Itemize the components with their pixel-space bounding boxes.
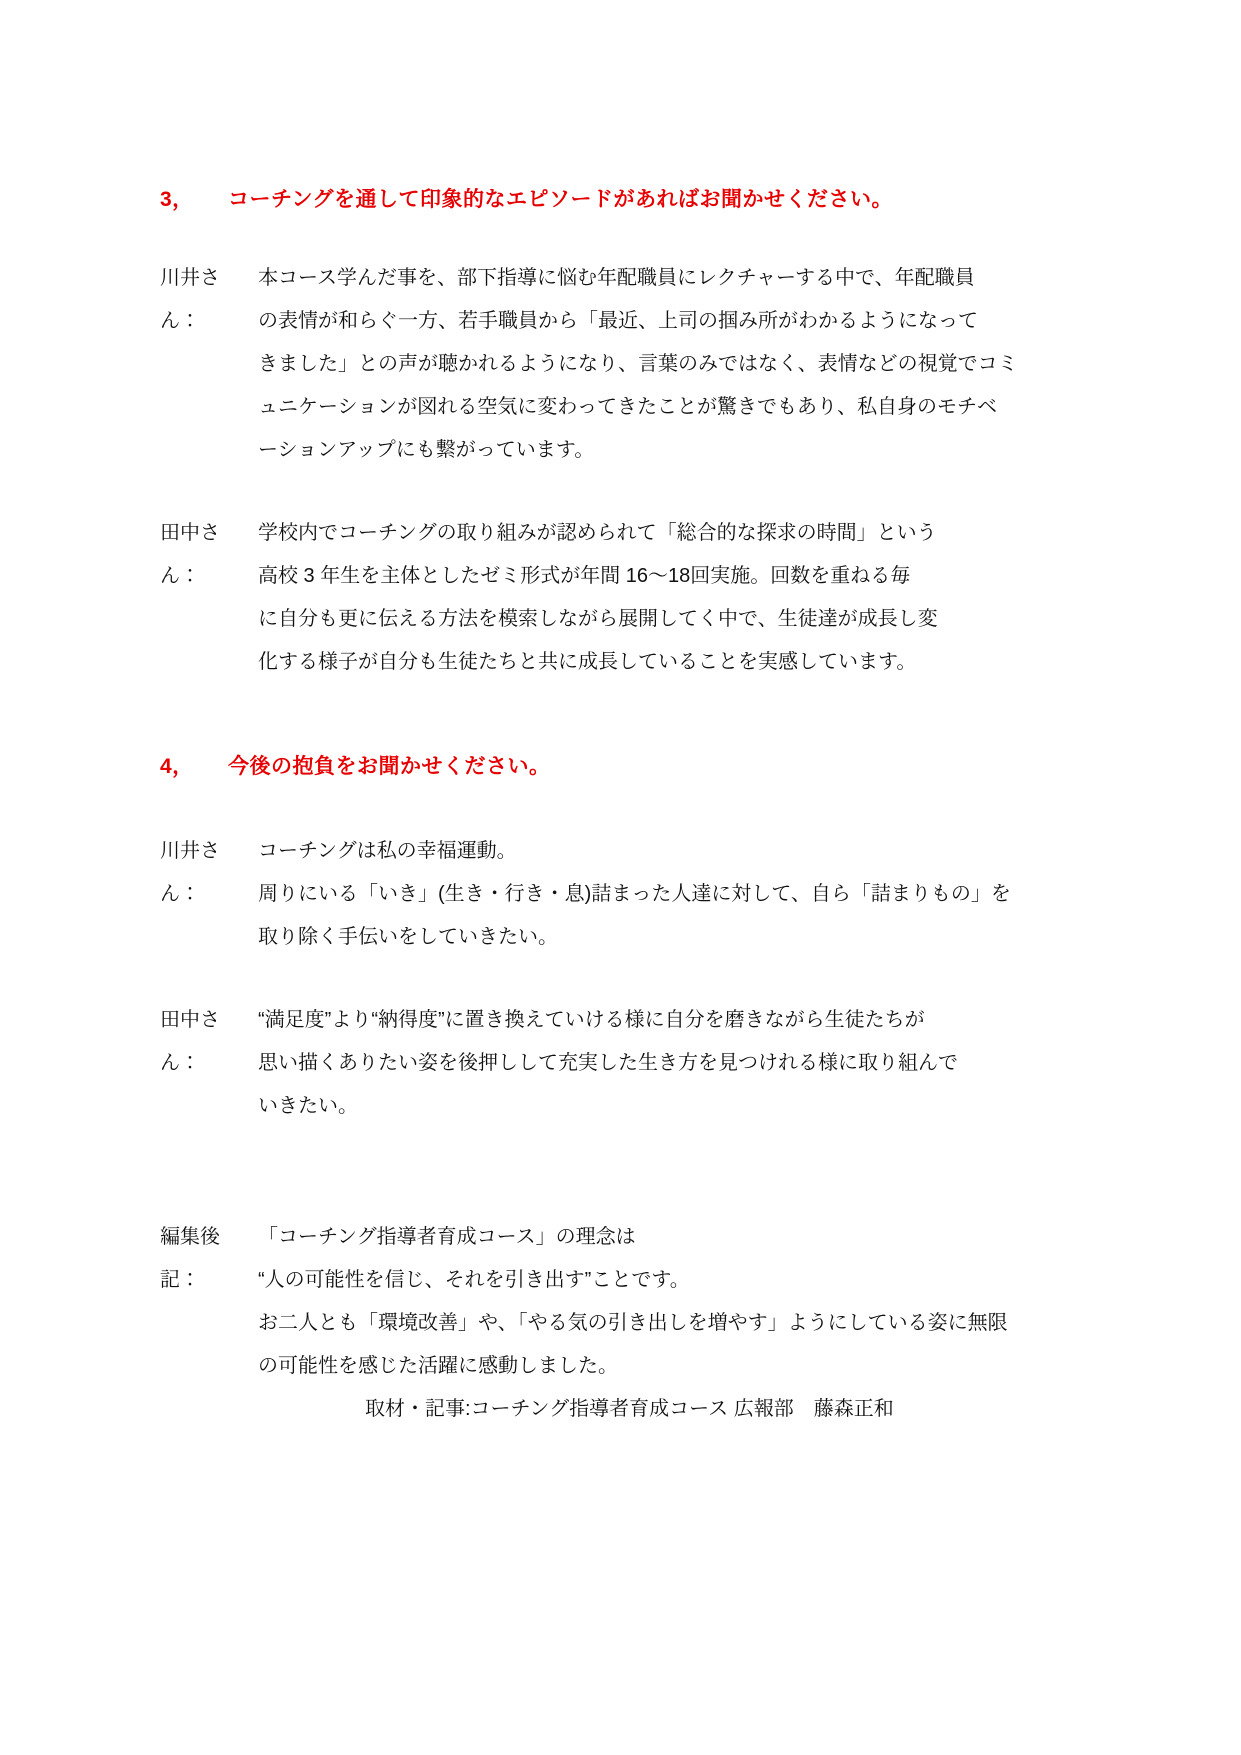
text-line: 化する様子が自分も生徒たちと共に成長していることを実感しています。 (258, 641, 1161, 684)
speaker-label: 田中さん： (160, 512, 258, 684)
text-line: 「コーチング指導者育成コース」の理念は (258, 1216, 1161, 1259)
interview-entry-tanaka-q4: 田中さん： “満足度”より“納得度”に置き換えていける様に自分を磨きながら生徒た… (160, 999, 1161, 1128)
text-line: の表情が和らぐ一方、若手職員から「最近、上司の掴み所がわかるようになって (258, 300, 1161, 343)
section-3-heading: 3， コーチングを通して印象的なエピソードがあればお聞かせください。 (160, 185, 1161, 215)
credit-line: 取材・記事:コーチング指導者育成コース 広報部 藤森正和 (365, 1388, 1161, 1431)
text-line: お二人とも「環境改善」や、「やる気の引き出しを増やす」ようにしている姿に無限 (258, 1302, 1161, 1345)
section-question-3: 3， コーチングを通して印象的なエピソードがあればお聞かせください。 川井さん：… (160, 185, 1161, 684)
answer-text: 学校内でコーチングの取り組みが認められて「総合的な探求の時間」という 高校 3 … (258, 512, 1161, 684)
section-question-4: 4， 今後の抱負をお聞かせください。 川井さん： コーチングは私の幸福運動。 周… (160, 752, 1161, 1128)
text-line: 学校内でコーチングの取り組みが認められて「総合的な探求の時間」という (258, 512, 1161, 555)
text-line: “満足度”より“納得度”に置き換えていける様に自分を磨きながら生徒たちが (258, 999, 1161, 1042)
text-line: “人の可能性を信じ、それを引き出す”ことです。 (258, 1259, 1161, 1302)
section-3-number: 3， (160, 185, 228, 215)
interview-entry-tanaka-q3: 田中さん： 学校内でコーチングの取り組みが認められて「総合的な探求の時間」という… (160, 512, 1161, 684)
section-3-title: コーチングを通して印象的なエピソードがあればお聞かせください。 (228, 185, 893, 215)
answer-text: “満足度”より“納得度”に置き換えていける様に自分を磨きながら生徒たちが 思い描… (258, 999, 1161, 1128)
answer-text: 本コース学んだ事を、部下指導に悩む年配職員にレクチャーする中で、年配職員 の表情… (258, 257, 1161, 472)
editor-postscript: 編集後記： 「コーチング指導者育成コース」の理念は “人の可能性を信じ、それを引… (160, 1216, 1161, 1431)
postscript-text: 「コーチング指導者育成コース」の理念は “人の可能性を信じ、それを引き出す”こと… (258, 1216, 1161, 1431)
text-line: コーチングは私の幸福運動。 (258, 830, 1161, 873)
text-line: いきたい。 (258, 1085, 1161, 1128)
document-page: 3， コーチングを通して印象的なエピソードがあればお聞かせください。 川井さん：… (0, 0, 1241, 1755)
interview-entry-kawai-q3: 川井さん： 本コース学んだ事を、部下指導に悩む年配職員にレクチャーする中で、年配… (160, 257, 1161, 472)
text-line: ーションアップにも繋がっています。 (258, 429, 1161, 472)
postscript-label: 編集後記： (160, 1216, 258, 1431)
text-line: 本コース学んだ事を、部下指導に悩む年配職員にレクチャーする中で、年配職員 (258, 257, 1161, 300)
speaker-label: 田中さん： (160, 999, 258, 1128)
text-line: ュニケーションが図れる空気に変わってきたことが驚きでもあり、私自身のモチベ (258, 386, 1161, 429)
text-line: 思い描くありたい姿を後押しして充実した生き方を見つけれる様に取り組んで (258, 1042, 1161, 1085)
text-line: きました」との声が聴かれるようになり、言葉のみではなく、表情などの視覚でコミ (258, 343, 1161, 386)
speaker-label: 川井さん： (160, 257, 258, 472)
section-4-number: 4， (160, 752, 228, 782)
text-line: 周りにいる「いき」(生き・行き・息)詰まった人達に対して、自ら「詰まりもの」を (258, 873, 1161, 916)
section-4-title: 今後の抱負をお聞かせください。 (228, 752, 551, 782)
section-4-heading: 4， 今後の抱負をお聞かせください。 (160, 752, 1161, 782)
text-line: 取り除く手伝いをしていきたい。 (258, 916, 1161, 959)
answer-text: コーチングは私の幸福運動。 周りにいる「いき」(生き・行き・息)詰まった人達に対… (258, 830, 1161, 959)
text-line: に自分も更に伝える方法を模索しながら展開してく中で、生徒達が成長し変 (258, 598, 1161, 641)
speaker-label: 川井さん： (160, 830, 258, 959)
text-line: の可能性を感じた活躍に感動しました。 (258, 1345, 1161, 1388)
text-line: 高校 3 年生を主体としたゼミ形式が年間 16～18回実施。回数を重ねる毎 (258, 555, 1161, 598)
interview-entry-kawai-q4: 川井さん： コーチングは私の幸福運動。 周りにいる「いき」(生き・行き・息)詰ま… (160, 830, 1161, 959)
